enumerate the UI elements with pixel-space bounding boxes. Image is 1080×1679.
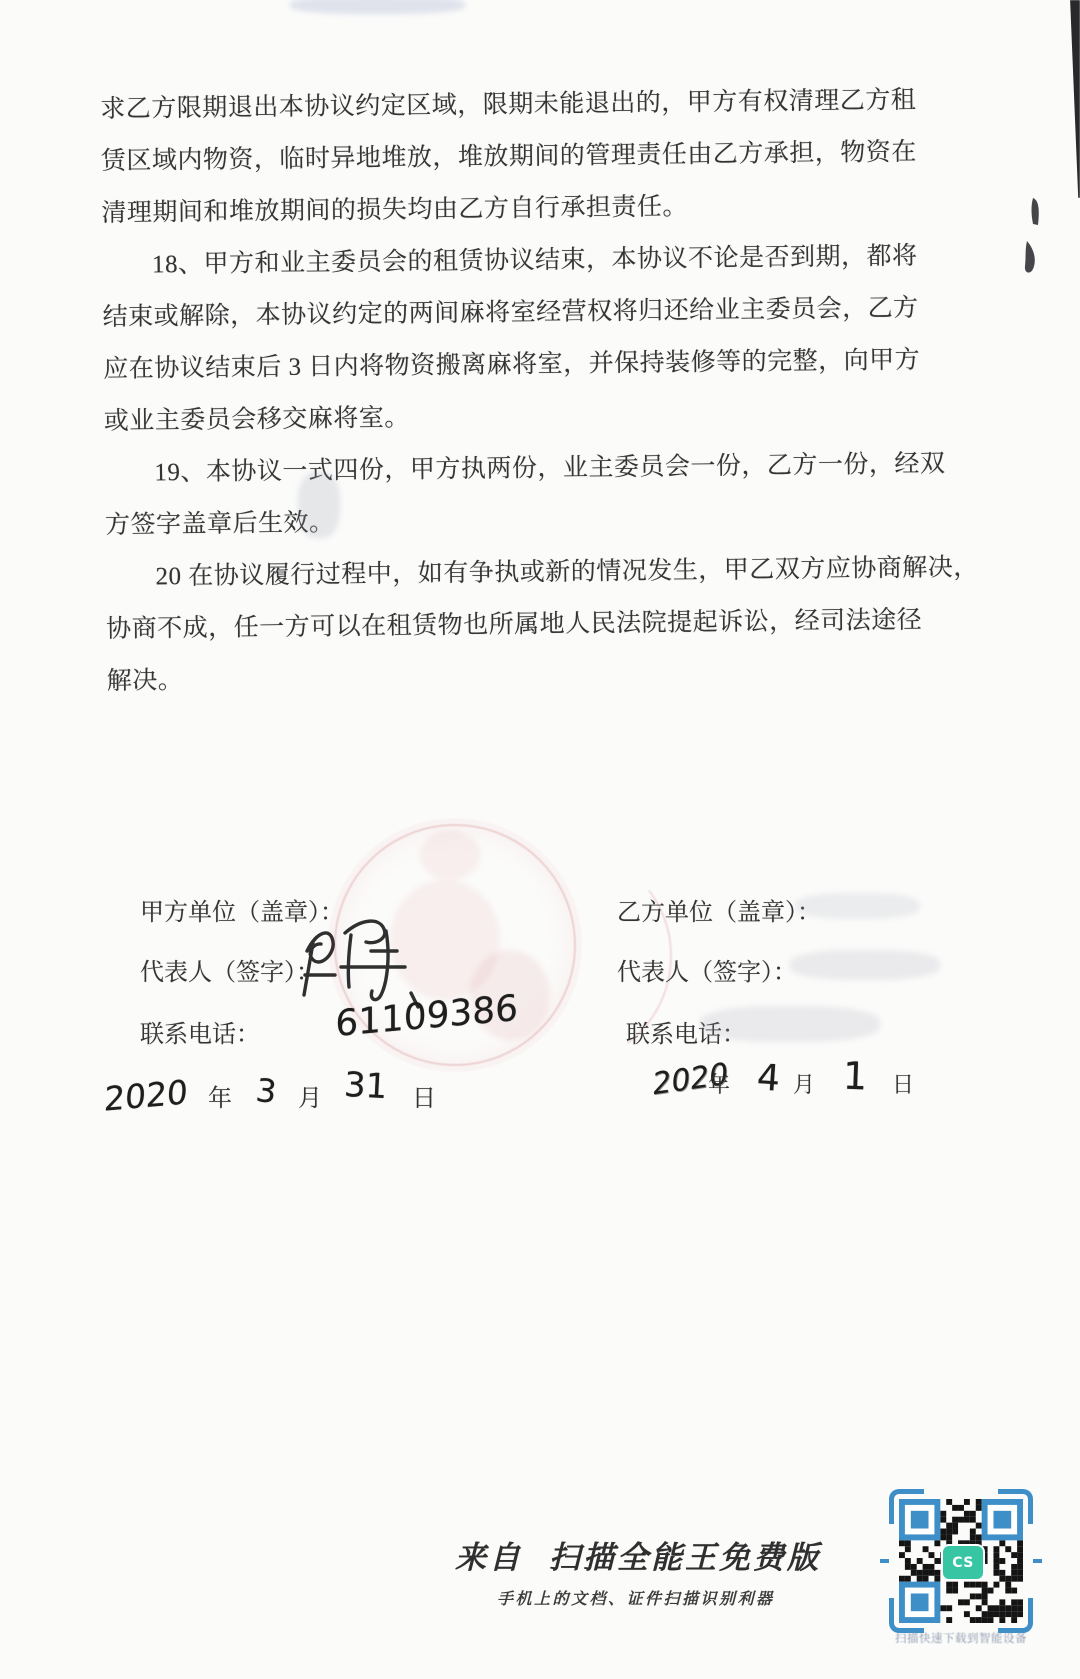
party-b-date-month-label: 月 xyxy=(793,1068,815,1099)
party-a-phone-label: 联系电话： xyxy=(140,1014,260,1049)
contract-line: 赁区域内物资，临时异地堆放，堆放期间的管理责任由乙方承担，物资在 xyxy=(101,127,912,188)
qr-center-label: CS xyxy=(952,1555,974,1571)
scan-smudge-top xyxy=(290,0,465,14)
party-b-date-month-handwritten: 4 xyxy=(756,1057,782,1099)
party-a-date-day-handwritten: 31 xyxy=(343,1065,388,1107)
scan-smudge-party-b-phone xyxy=(700,1006,880,1042)
scan-smudge-party-b-sign xyxy=(790,950,940,980)
contract-line: 方签字盖章后生效。 xyxy=(105,491,916,552)
red-seal-blotch xyxy=(420,830,480,880)
contract-line: 19、本协议一式四份，甲方执两份，业主委员会一份，乙方一份，经双 xyxy=(104,439,915,500)
scan-page-edge-shadow xyxy=(1058,0,1080,198)
party-a-date-day-label: 日 xyxy=(412,1078,436,1113)
contract-line: 结束或解除，本协议约定的两间麻将室经营权将归还给业主委员会，乙方 xyxy=(102,283,913,344)
footer-app-name: 扫描全能王免费版 xyxy=(549,1540,821,1575)
margin-ink-mark-bottom xyxy=(1022,240,1040,276)
scan-smudge-para19 xyxy=(298,472,340,538)
footer-source-line: 来自扫描全能王免费版 xyxy=(455,1532,815,1577)
footer-tagline: 手机上的文档、证件扫描识别利器 xyxy=(497,1586,775,1609)
scanned-contract-page: 求乙方限期退出本协议约定区域，限期未能退出的，甲方有权清理乙方租赁区域内物资，临… xyxy=(0,0,1080,1679)
margin-ink-mark-top xyxy=(1026,196,1044,230)
footer-source-prefix: 来自 xyxy=(455,1540,523,1575)
contract-body-text: 求乙方限期退出本协议约定区域，限期未能退出的，甲方有权清理乙方租赁区域内物资，临… xyxy=(100,75,917,708)
party-a-date-year-label: 年 xyxy=(208,1078,232,1113)
contract-line: 20 在协议履行过程中，如有争执或新的情况发生，甲乙双方应协商解决， xyxy=(105,543,916,604)
contract-line: 应在协议结束后 3 日内将物资搬离麻将室，并保持装修等的完整，向甲方 xyxy=(103,335,914,396)
contract-line: 或业主委员会移交麻将室。 xyxy=(104,387,915,448)
party-b-date-day-label: 日 xyxy=(892,1068,914,1099)
qr-side-dash-icon xyxy=(1033,1559,1042,1563)
party-a-date-month-handwritten: 3 xyxy=(254,1071,279,1111)
party-b-date-day-handwritten: 1 xyxy=(842,1054,868,1099)
party-a-date-month-label: 月 xyxy=(298,1078,322,1113)
contract-line: 解决。 xyxy=(106,647,917,708)
contract-line: 协商不成，任一方可以在租赁物也所属地人民法院提起诉讼，经司法途径 xyxy=(106,595,917,656)
camscanner-logo-icon: CS xyxy=(941,1544,985,1581)
contract-line: 18、甲方和业主委员会的租赁协议结束，本协议不论是否到期，都将 xyxy=(102,231,913,292)
qr-code: CS xyxy=(889,1489,1033,1633)
scan-smudge-party-b-name xyxy=(795,893,920,919)
contract-line: 清理期间和堆放期间的损失均由乙方自行承担责任。 xyxy=(101,179,912,240)
party-b-date-year-label: 年 xyxy=(708,1068,730,1099)
party-a-date-year-handwritten: 2020 xyxy=(103,1072,189,1119)
qr-side-dash-icon xyxy=(880,1559,889,1563)
party-b-rep-label: 代表人（签字）： xyxy=(617,952,797,987)
party-b-unit-label: 乙方单位（盖章）： xyxy=(617,892,821,927)
contract-line: 求乙方限期退出本协议约定区域，限期未能退出的，甲方有权清理乙方租 xyxy=(100,75,911,136)
qr-caption: 扫描快速下载到智能设备 xyxy=(889,1630,1033,1646)
